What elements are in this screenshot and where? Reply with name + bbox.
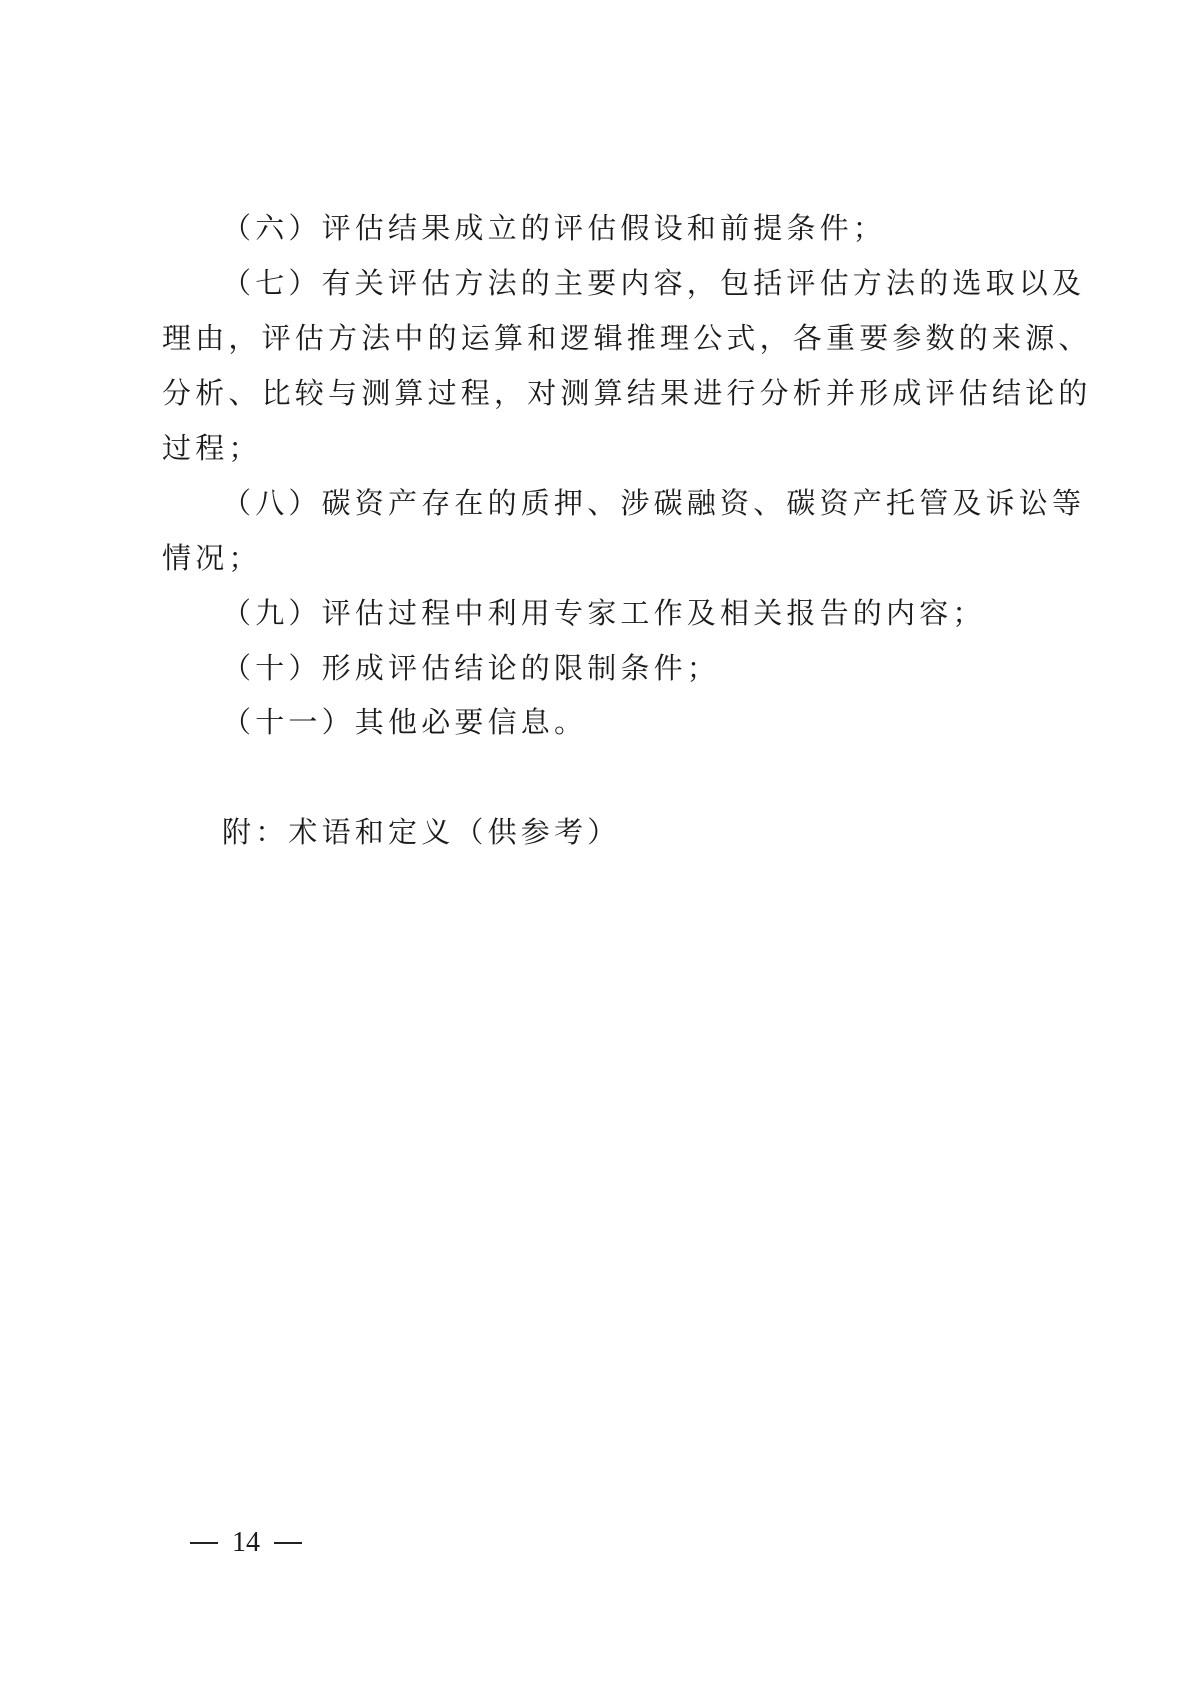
item-8-line-1: （八）碳资产存在的质押、涉碳融资、碳资产托管及诉讼等 xyxy=(222,483,1122,523)
item-11-line-1: （十一）其他必要信息。 xyxy=(222,702,1122,742)
item-7-line-1: （七）有关评估方法的主要内容，包括评估方法的选取以及 xyxy=(222,263,1122,303)
item-9-line-1: （九）评估过程中利用专家工作及相关报告的内容； xyxy=(222,593,1122,633)
item-7-line-2: 理由，评估方法中的运算和逻辑推理公式，各重要参数的来源、 xyxy=(162,318,1062,358)
document-page: （六）评估结果成立的评估假设和前提条件； （七）有关评估方法的主要内容，包括评估… xyxy=(0,0,1200,1697)
left-dash-decoration xyxy=(190,1542,218,1544)
item-6-line-1: （六）评估结果成立的评估假设和前提条件； xyxy=(222,208,1122,248)
item-7-line-3: 分析、比较与测算过程，对测算结果进行分析并形成评估结论的 xyxy=(162,373,1062,413)
right-dash-decoration xyxy=(274,1542,302,1544)
page-number: 14 xyxy=(232,1525,260,1561)
item-10-line-1: （十）形成评估结论的限制条件； xyxy=(222,648,1122,688)
item-8-line-2: 情况； xyxy=(162,538,1062,578)
page-number-footer: 14 xyxy=(190,1525,302,1561)
appendix-reference: 附：术语和定义（供参考） xyxy=(222,812,620,852)
item-7-line-4: 过程； xyxy=(162,428,1062,468)
